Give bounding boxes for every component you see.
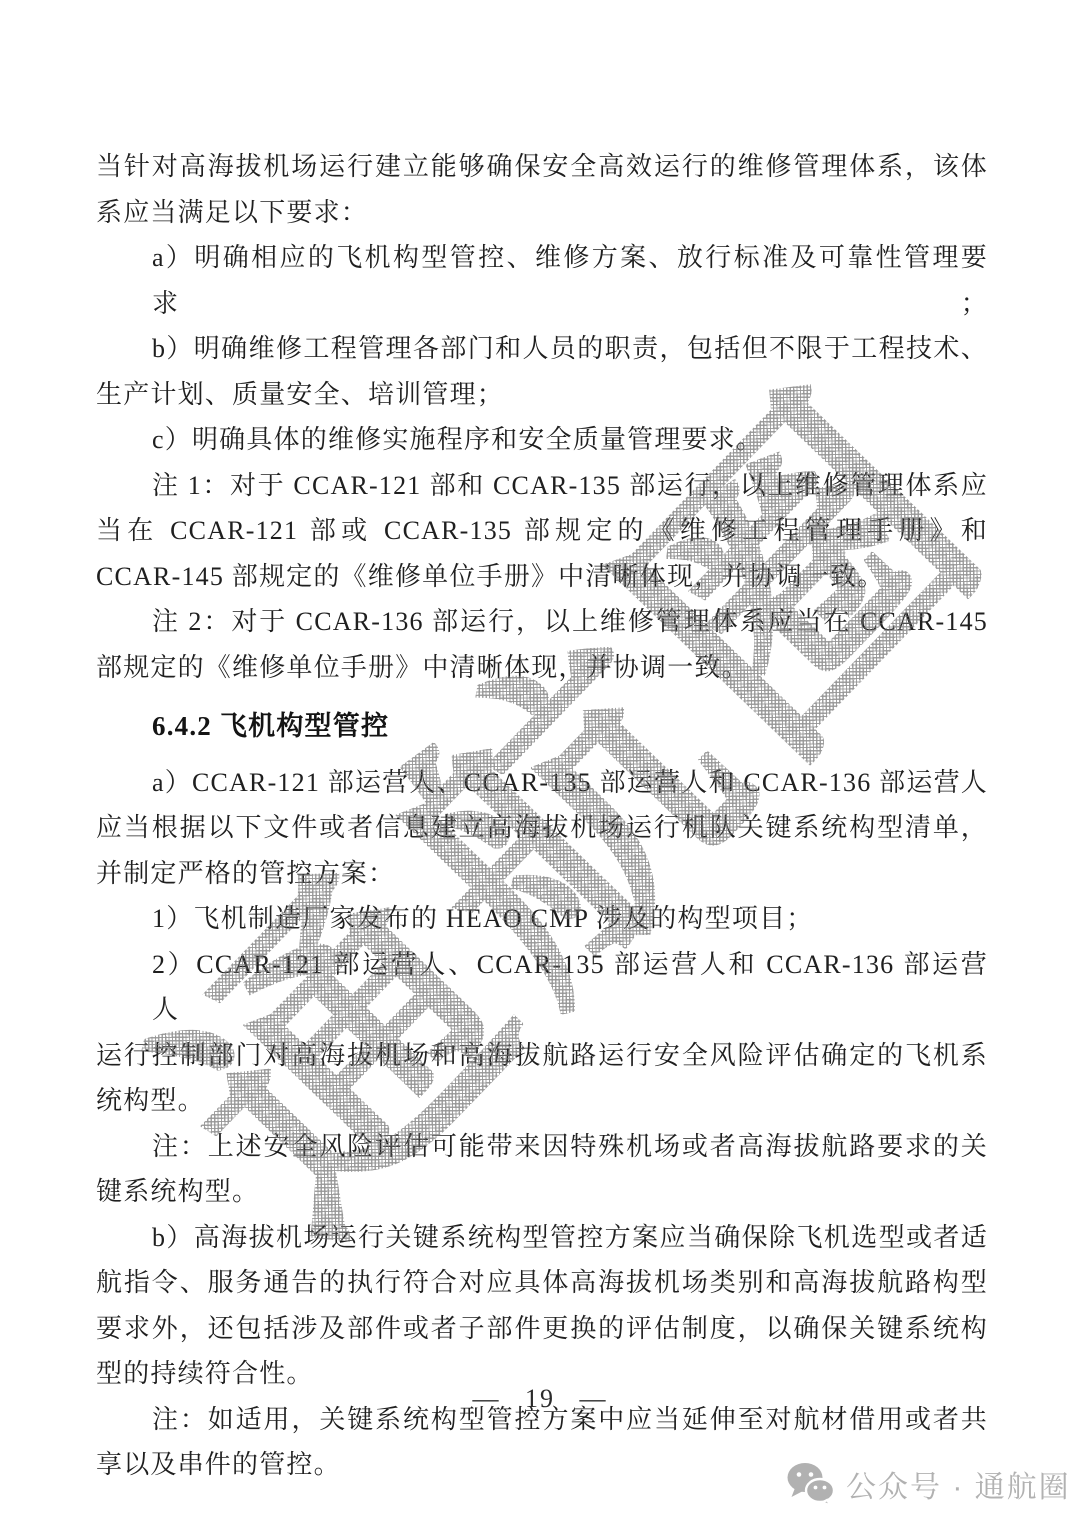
text-line: 应当根据以下文件或者信息建立高海拔机场运行机队关键系统构型清单， — [96, 805, 988, 851]
page-number: — 19 — — [0, 1384, 1080, 1414]
text-line: 注 2：对于 CCAR-136 部运行，以上维修管理体系应当在 CCAR-145 — [96, 599, 988, 645]
document-page: 当针对高海拔机场运行建立能够确保安全高效运行的维修管理体系，该体系应当满足以下要… — [0, 0, 1080, 1527]
text-line: a）CCAR-121 部运营人、CCAR-135 部运营人和 CCAR-136 … — [96, 760, 988, 806]
text-line: 运行控制部门对高海拔机场和高海拔航路运行安全风险评估确定的飞机系 — [96, 1033, 988, 1079]
text-line: 注 1：对于 CCAR-121 部和 CCAR-135 部运行，以上维修管理体系… — [96, 463, 988, 509]
text-line: 注：上述安全风险评估可能带来因特殊机场或者高海拔航路要求的关 — [96, 1124, 988, 1170]
text-line: 1）飞机制造厂家发布的 HEAO CMP 涉及的构型项目； — [96, 896, 988, 942]
text-line: 系应当满足以下要求： — [96, 190, 988, 236]
text-line: 键系统构型。 — [96, 1169, 988, 1215]
footer-brand-text: 公众号 · 通航圈 — [846, 1462, 1071, 1506]
text-line: c）明确具体的维修实施程序和安全质量管理要求。 — [96, 417, 988, 463]
text-line: b）明确维修工程管理各部门和人员的职责，包括但不限于工程技术、 — [96, 326, 988, 372]
wechat-icon — [786, 1461, 836, 1507]
text-line: 部规定的《维修单位手册》中清晰体现，并协调一致。 — [96, 645, 988, 691]
text-line: 当针对高海拔机场运行建立能够确保安全高效运行的维修管理体系，该体 — [96, 144, 988, 190]
text-line: 航指令、服务通告的执行符合对应具体高海拔机场类别和高海拔航路构型 — [96, 1260, 988, 1306]
text-line: a）明确相应的飞机构型管控、维修方案、放行标准及可靠性管理要求； — [96, 235, 988, 326]
text-line: b）高海拔机场运行关键系统构型管控方案应当确保除飞机选型或者适 — [96, 1215, 988, 1261]
text-block: 当针对高海拔机场运行建立能够确保安全高效运行的维修管理体系，该体系应当满足以下要… — [96, 144, 988, 1488]
section-heading: 6.4.2 飞机构型管控 — [96, 704, 988, 750]
text-line: 统构型。 — [96, 1078, 988, 1124]
text-line: 2）CCAR-121 部运营人、CCAR-135 部运营人和 CCAR-136 … — [96, 942, 988, 1033]
text-line: 并制定严格的管控方案： — [96, 851, 988, 897]
text-line: 当在 CCAR-121 部或 CCAR-135 部规定的《维修工程管理手册》和 — [96, 508, 988, 554]
text-line: 生产计划、质量安全、培训管理； — [96, 372, 988, 418]
text-line: CCAR-145 部规定的《维修单位手册》中清晰体现，并协调一致。 — [96, 554, 988, 600]
text-line: 要求外，还包括涉及部件或者子部件更换的评估制度，以确保关键系统构 — [96, 1306, 988, 1352]
footer-brand: 公众号 · 通航圈 — [786, 1458, 1071, 1510]
